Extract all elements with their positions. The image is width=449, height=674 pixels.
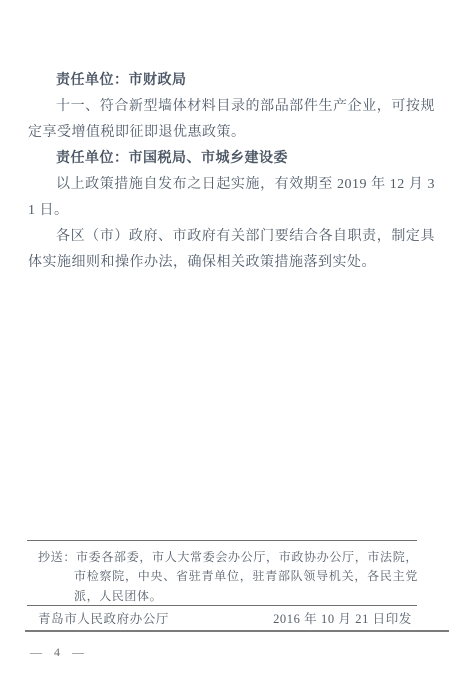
scanned-document-page: 责任单位：市财政局 十一、符合新型墙体材料目录的部品部件生产企业，可按规定享受增…: [0, 0, 449, 674]
issuer-row: 青岛市人民政府办公厅 2016 年 10 月 21 日印发: [38, 611, 412, 627]
cc-recipients-text: 市委各部委，市人大常委会办公厅，市政协办公厅，市法院，市检察院，中央、省驻青单位…: [74, 550, 418, 603]
footer-divider-middle: [27, 605, 417, 606]
footer-divider-top: [27, 540, 417, 541]
footer-divider-bottom: [25, 630, 449, 632]
paragraph-effective-period: 以上政策措施自发布之日起实施，有效期至 2019 年 12 月 31 日。: [28, 172, 435, 224]
paragraph-item-eleven: 十一、符合新型墙体材料目录的部品部件生产企业，可按规定享受增值税即征即退优惠政策…: [28, 94, 435, 146]
paragraph-responsible-unit-finance: 责任单位：市财政局: [28, 68, 435, 94]
paragraph-implementation-requirements: 各区（市）政府、市政府有关部门要结合各自职责，制定具体实施细则和操作办法，确保相…: [28, 224, 435, 276]
paragraph-responsible-unit-tax-construction: 责任单位：市国税局、市城乡建设委: [28, 146, 435, 172]
cc-block: 抄送：市委各部委，市人大常委会办公厅，市政协办公厅，市法院，市检察院，中央、省驻…: [38, 548, 418, 606]
issuing-office: 青岛市人民政府办公厅: [38, 611, 169, 627]
document-body: 责任单位：市财政局 十一、符合新型墙体材料目录的部品部件生产企业，可按规定享受增…: [28, 68, 435, 276]
cc-label: 抄送：: [38, 550, 76, 564]
page-number: — 4 —: [30, 645, 85, 659]
print-date: 2016 年 10 月 21 日印发: [273, 611, 412, 627]
